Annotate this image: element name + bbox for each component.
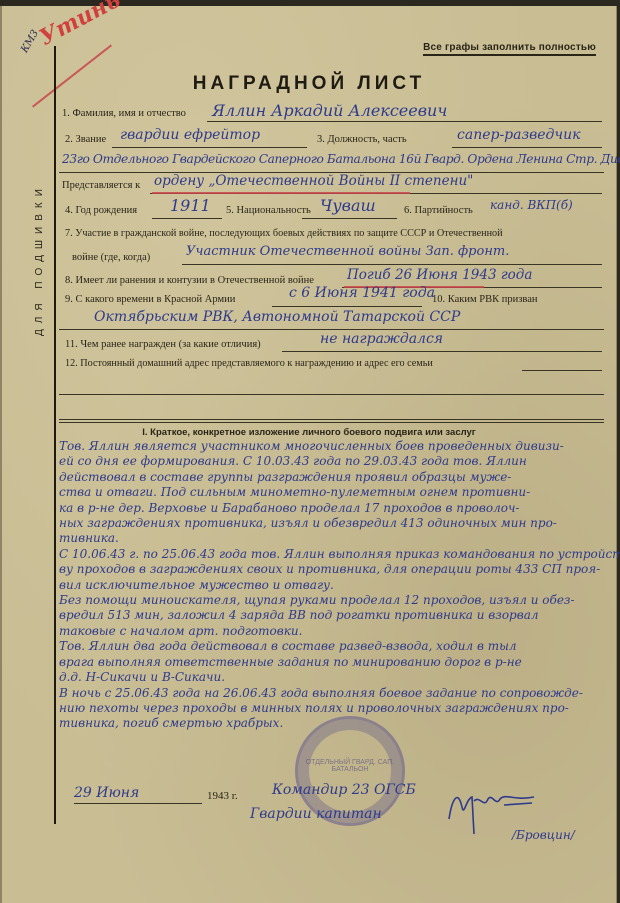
field-9-value: с 6 Июня 1941 года <box>289 285 435 301</box>
instruction-note: Все графы заполнить полностью <box>423 42 596 56</box>
section-rule-bottom <box>59 422 604 423</box>
field-3-label: 3. Должность, часть <box>317 134 407 145</box>
presented-value: ордену „Отечественной Войны II степени" <box>154 173 473 189</box>
award-sheet-page: КМ3 Утинь ДЛЯ ПОДШИВКИ Все графы заполни… <box>0 6 617 903</box>
date-day-month: 29 Июня <box>74 785 139 801</box>
field-11-value: не награждался <box>320 331 443 347</box>
field-3-line <box>452 147 602 148</box>
narrative-heading: I. Краткое, конкретное изложение личного… <box>2 427 616 438</box>
field-2-value: гвардии ефрейтор <box>120 127 260 143</box>
narrative-line: С 10.06.43 г. по 25.06.43 года тов. Ялли… <box>59 547 609 562</box>
narrative-line: Тов. Яллин является участником многочисл… <box>59 439 609 454</box>
field-7-label-line2: войне (где, когда) <box>72 252 150 263</box>
margin-red-note: Утинь <box>35 0 125 51</box>
date-line <box>74 803 202 804</box>
narrative-line: д.д. Н-Сикачи и В-Сикачи. <box>59 670 609 685</box>
narrative-line: В ночь с 25.06.43 года на 26.06.43 года … <box>59 686 609 701</box>
narrative-line: вредил 513 мин, заложил 4 заряда ВВ под … <box>59 608 609 623</box>
field-4-label: 4. Год рождения <box>65 205 137 216</box>
field-1-line <box>207 121 602 122</box>
field-4-line <box>152 218 222 219</box>
narrative-line: ка в р-не дер. Верховье и Барабаново про… <box>59 501 609 516</box>
narrative-line: вил исключительное мужество и отвагу. <box>59 578 609 593</box>
date-year: 1943 г. <box>207 790 238 802</box>
narrative-line: таковые с началом арт. подготовки. <box>59 624 609 639</box>
field-4-value: 1911 <box>170 196 211 215</box>
field-3-value: сапер-разведчик <box>457 127 581 143</box>
field-5-value: Чуваш <box>320 196 376 215</box>
field-12-line-2 <box>59 394 604 395</box>
narrative-line: тивника. <box>59 531 609 546</box>
narrative-line: нию пехоты через проходы в минных полях … <box>59 701 609 716</box>
narrative-text: Тов. Яллин является участником многочисл… <box>59 439 609 732</box>
field-10-line <box>59 329 604 330</box>
document-title: НАГРАДНОЙ ЛИСТ <box>2 73 616 95</box>
field-12-label: 12. Постоянный домашний адрес представля… <box>65 358 433 369</box>
presented-label: Представляется к <box>62 180 140 191</box>
field-10-value: Октябрьским РВК, Автономной Татарской СС… <box>94 309 460 325</box>
signer-title-line2: Гвардии капитан <box>250 806 382 822</box>
narrative-line: действовал в составе группы разграждения… <box>59 470 609 485</box>
field-2-label: 2. Звание <box>65 134 106 145</box>
field-6-value: канд. ВКП(б) <box>490 198 573 212</box>
narrative-line: ства и отваги. Под сильным минометно-пул… <box>59 485 609 500</box>
field-5-label: 5. Национальность <box>226 205 311 216</box>
field-9-label: 9. С какого времени в Красной Армии <box>65 294 235 305</box>
narrative-line: Тов. Яллин два года действовал в составе… <box>59 639 609 654</box>
field-11-label: 11. Чем ранее награжден (за какие отличи… <box>65 339 261 350</box>
field-7-value: Участник Отечественной войны Зап. фронт. <box>186 244 509 259</box>
narrative-line: ву проходов в заграждениях своих и проти… <box>59 562 609 577</box>
narrative-line: врага выполняя ответственные задания по … <box>59 655 609 670</box>
signer-name: /Бровцин/ <box>512 828 575 842</box>
field-10-label: 10. Каким РВК призван <box>432 294 537 305</box>
narrative-line: ей со дня ее формирования. С 10.03.43 го… <box>59 454 609 469</box>
signer-title-line1: Командир 23 ОГСБ <box>272 782 416 798</box>
field-7-line <box>182 264 602 265</box>
field-1-value: Яллин Аркадий Алексеевич <box>212 101 447 120</box>
field-2-line <box>112 147 307 148</box>
field-12-line <box>522 370 602 371</box>
presented-red-underline <box>152 192 410 194</box>
field-11-line <box>282 351 602 352</box>
field-9-line <box>272 306 422 307</box>
field-5-line <box>302 218 397 219</box>
field-6-label: 6. Партийность <box>404 205 473 216</box>
narrative-line: ных заграждениях противника, изъял и обе… <box>59 516 609 531</box>
binding-margin-label: ДЛЯ ПОДШИВКИ <box>34 183 45 336</box>
field-8-value: Погиб 26 Июня 1943 года <box>347 267 532 283</box>
field-8-label: 8. Имеет ли ранения и контузии в Отечест… <box>65 275 314 286</box>
narrative-line: Без помощи миноискателя, щупая руками пр… <box>59 593 609 608</box>
field-3-unit-value: 23го Отдельного Гвардейского Саперного Б… <box>62 152 620 166</box>
stamp-text: ОТДЕЛЬНЫЙ ГВАРД. САП. БАТАЛЬОН <box>298 759 402 773</box>
field-1-label: 1. Фамилия, имя и отчество <box>62 108 186 119</box>
field-7-label: 7. Участие в гражданской войне, последую… <box>65 228 503 239</box>
section-rule-top <box>59 419 604 420</box>
